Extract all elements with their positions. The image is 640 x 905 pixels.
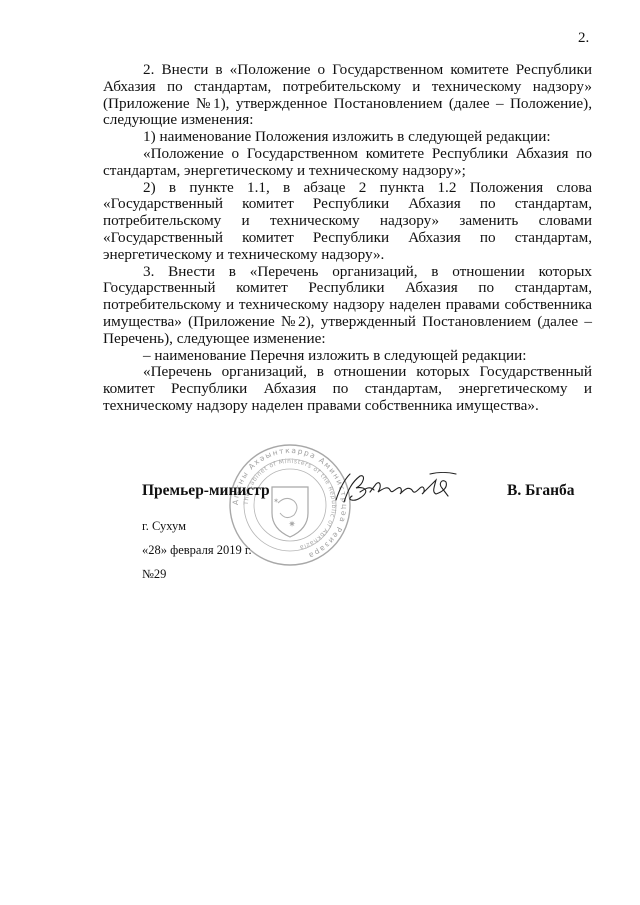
page-number: 2. [578,30,589,47]
signature-row: Премьер-министр В. Бганба [0,482,640,506]
document-date: «28» февраля 2019 г. [142,543,252,558]
paragraph-item-3: 3. Внести в «Перечень организаций, в отн… [103,264,592,348]
document-number: №29 [142,567,166,582]
city: г. Сухум [142,519,186,534]
paragraph-item-2: 2. Внести в «Положение о Государственном… [103,62,592,129]
paragraph-quote-1: «Положение о Государственном комитете Ре… [103,146,592,180]
paragraph-subitem-2: 2) в пункте 1.1, в абзаце 2 пункта 1.2 П… [103,180,592,264]
signatory-name: В. Бганба [507,482,575,500]
paragraph-dash-item: – наименование Перечня изложить в следую… [103,348,592,365]
paragraph-quote-2: «Перечень организаций, в отношении котор… [103,364,592,414]
signatory-title: Премьер-министр [142,482,270,500]
paragraph-subitem-1: 1) наименование Положения изложить в сле… [103,129,592,146]
document-body: 2. Внести в «Положение о Государственном… [103,62,592,415]
svg-text:✷: ✷ [288,519,296,529]
